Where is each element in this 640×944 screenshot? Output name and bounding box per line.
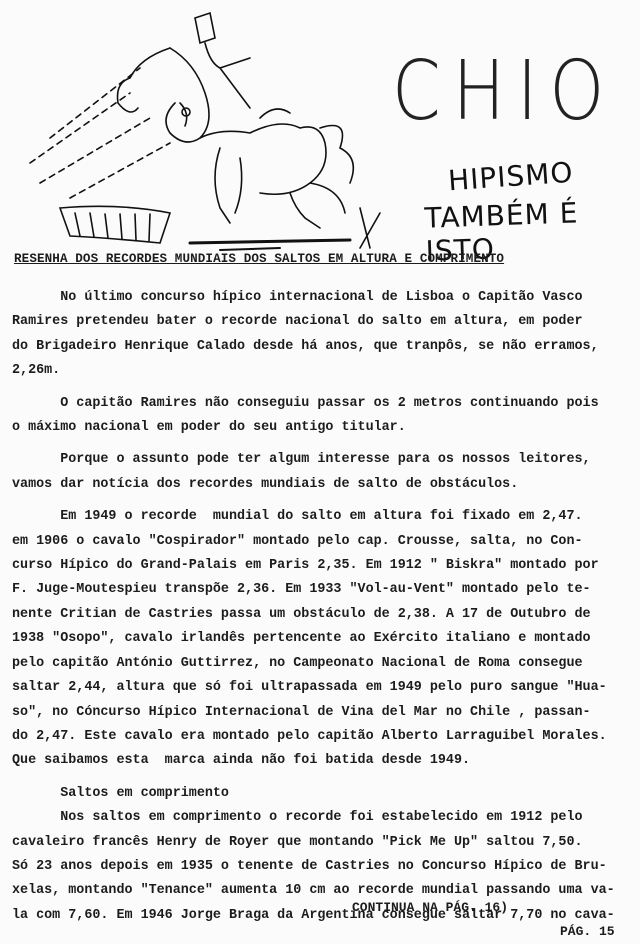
text-line: Ramires pretendeu bater o recorde nacion… xyxy=(12,310,612,334)
text-line: Em 1949 o recorde mundial do salto em al… xyxy=(12,505,612,529)
text-line: Só 23 anos depois em 1935 o tenente de C… xyxy=(12,855,612,879)
text-line: curso Hípico do Grand-Palais em Paris 2,… xyxy=(12,554,612,578)
paragraph-gap xyxy=(12,440,612,448)
text-line: xelas, montando "Tenance" aumenta 10 cm … xyxy=(12,879,612,903)
text-line: F. Juge-Moutespieu transpõe 2,36. Em 193… xyxy=(12,578,612,602)
text-line: saltar 2,44, altura que só foi ultrapass… xyxy=(12,676,612,700)
paragraph: Em 1949 o recorde mundial do salto em al… xyxy=(12,505,612,773)
paragraph: Saltos em comprimento Nos saltos em comp… xyxy=(12,782,612,928)
text-line: em 1906 o cavalo "Cospirador" montado pe… xyxy=(12,530,612,554)
article-title: RESENHA DOS RECORDES MUNDIAIS DOS SALTOS… xyxy=(14,252,504,266)
paragraph: O capitão Ramires não conseguiu passar o… xyxy=(12,392,612,441)
paragraph-gap xyxy=(12,774,612,782)
text-line: 1938 "Osopo", cavalo irlandês pertencent… xyxy=(12,627,612,651)
continuation-note: CONTINUA NA PÁG. 16) xyxy=(352,900,508,915)
text-line: do 2,47. Este cavalo era montado pelo ca… xyxy=(12,725,612,749)
text-line: la com 7,60. Em 1946 Jorge Braga da Arge… xyxy=(12,904,612,928)
text-line: so", no Cóncurso Hípico Internacional de… xyxy=(12,701,612,725)
text-line: 2,26m. xyxy=(12,359,612,383)
horse-jumping-illustration xyxy=(20,8,410,258)
text-line: No último concurso hípico internacional … xyxy=(12,286,612,310)
text-line: Que saibamos esta marca ainda não foi ba… xyxy=(12,749,612,773)
text-line: nente Critian de Castries passa um obstá… xyxy=(12,603,612,627)
article-body: No último concurso hípico internacional … xyxy=(12,286,612,928)
text-line: Nos saltos em comprimento o recorde foi … xyxy=(12,806,612,830)
tagline-line-1: HIPISMO xyxy=(447,156,574,198)
text-line: O capitão Ramires não conseguiu passar o… xyxy=(12,392,612,416)
paragraph-gap xyxy=(12,384,612,392)
text-line: o máximo nacional em poder do seu antigo… xyxy=(12,416,612,440)
text-line: vamos dar notícia dos recordes mundiais … xyxy=(12,473,612,497)
paragraph: Porque o assunto pode ter algum interess… xyxy=(12,448,612,497)
paragraph-gap xyxy=(12,497,612,505)
page-number: PÁG. 15 xyxy=(560,924,615,939)
paragraph: No último concurso hípico internacional … xyxy=(12,286,612,384)
text-line: pelo capitão António Guttirrez, no Campe… xyxy=(12,652,612,676)
text-line: Porque o assunto pode ter algum interess… xyxy=(12,448,612,472)
text-line: Saltos em comprimento xyxy=(12,782,612,806)
brand-logo-chio: CHIO xyxy=(392,44,616,139)
text-line: do Brigadeiro Henrique Calado desde há a… xyxy=(12,335,612,359)
text-line: cavaleiro francês Henry de Royer que mon… xyxy=(12,831,612,855)
